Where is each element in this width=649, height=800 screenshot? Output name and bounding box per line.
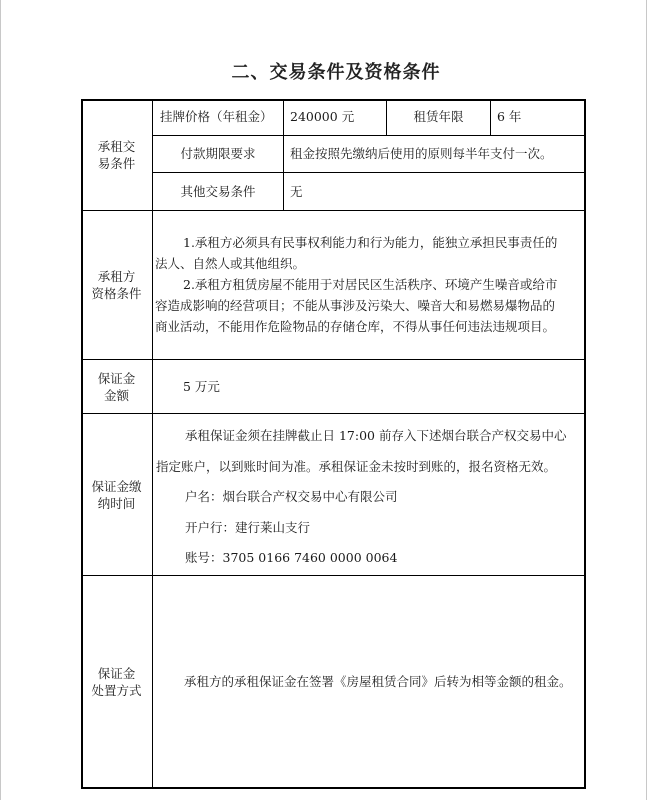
listing-price-label: 挂牌价格（年租金） <box>153 99 283 135</box>
deposit-amount-label: 保证金 金额 <box>81 360 152 413</box>
deposit-payment-content: 承租保证金须在挂牌截止日 17:00 前存入下述烟台联合产权交易中心 指定账户，… <box>153 414 584 575</box>
qualification-label: 承租方 资格条件 <box>81 211 152 359</box>
listing-price-value: 240000 元 <box>284 99 386 135</box>
label-line: 处置方式 <box>91 682 141 699</box>
page-edge-right <box>646 0 647 800</box>
lease-term-value: 6 年 <box>491 99 584 135</box>
trade-conditions-label: 承租交 易条件 <box>81 99 152 210</box>
payment-terms-label: 付款期限要求 <box>153 136 283 172</box>
deposit-payment-label: 保证金缴 纳时间 <box>81 414 152 575</box>
qualification-content: 1.承租方必须具有民事权利能力和行为能力，能独立承担民事责任的 法人、自然人或其… <box>153 211 584 359</box>
deposit-payment-text: 承租保证金须在挂牌截止日 17:00 前存入下述烟台联合产权交易中心 <box>156 421 584 452</box>
qualification-item-2-cont: 容造成影响的经营项目；不能从事涉及污染大、噪音大和易燃易爆物品的 <box>155 295 584 316</box>
label-line: 承租方 <box>91 268 141 285</box>
label-line: 资格条件 <box>91 285 141 302</box>
other-conditions-value: 无 <box>284 173 584 210</box>
qualification-item-2: 2.承租方租赁房屋不能用于对居民区生活秩序、环境产生噪音或给市 <box>155 274 584 295</box>
account-name: 户名：烟台联合产权交易中心有限公司 <box>156 482 584 513</box>
label-line: 纳时间 <box>91 495 141 512</box>
deposit-payment-text-cont: 指定账户，以到账时间为准。承租保证金未按时到账的，报名资格无效。 <box>156 452 584 483</box>
conditions-table: 承租交 易条件 挂牌价格（年租金） 240000 元 租赁年限 6 年 付款期限… <box>81 99 586 789</box>
qualification-item-2-cont: 商业活动，不能用作危险物品的存储仓库，不得从事任何违法违规项目。 <box>155 316 584 337</box>
deposit-disposal-label: 保证金 处置方式 <box>81 576 152 787</box>
page-edge-left <box>0 0 1 800</box>
label-line: 易条件 <box>98 155 136 172</box>
page-title: 二、交易条件及资格条件 <box>0 58 649 84</box>
qualification-item-1-cont: 法人、自然人或其他组织。 <box>155 253 584 274</box>
lease-term-label: 租赁年限 <box>387 99 490 135</box>
label-line: 金额 <box>98 387 136 404</box>
qualification-item-1: 1.承租方必须具有民事权利能力和行为能力，能独立承担民事责任的 <box>155 232 584 253</box>
payment-terms-value: 租金按照先缴纳后使用的原则每半年支付一次。 <box>284 136 584 172</box>
bank-name: 开户行：建行莱山支行 <box>156 513 584 544</box>
label-line: 保证金缴 <box>91 478 141 495</box>
deposit-disposal-value: 承租方的承租保证金在签署《房屋租赁合同》后转为相等金额的租金。 <box>153 576 584 787</box>
label-line: 保证金 <box>98 370 136 387</box>
label-line: 保证金 <box>91 665 141 682</box>
other-conditions-label: 其他交易条件 <box>153 173 283 210</box>
deposit-amount-value: 5 万元 <box>153 360 584 413</box>
label-line: 承租交 <box>98 138 136 155</box>
account-number: 账号：3705 0166 7460 0000 0064 <box>156 543 584 574</box>
